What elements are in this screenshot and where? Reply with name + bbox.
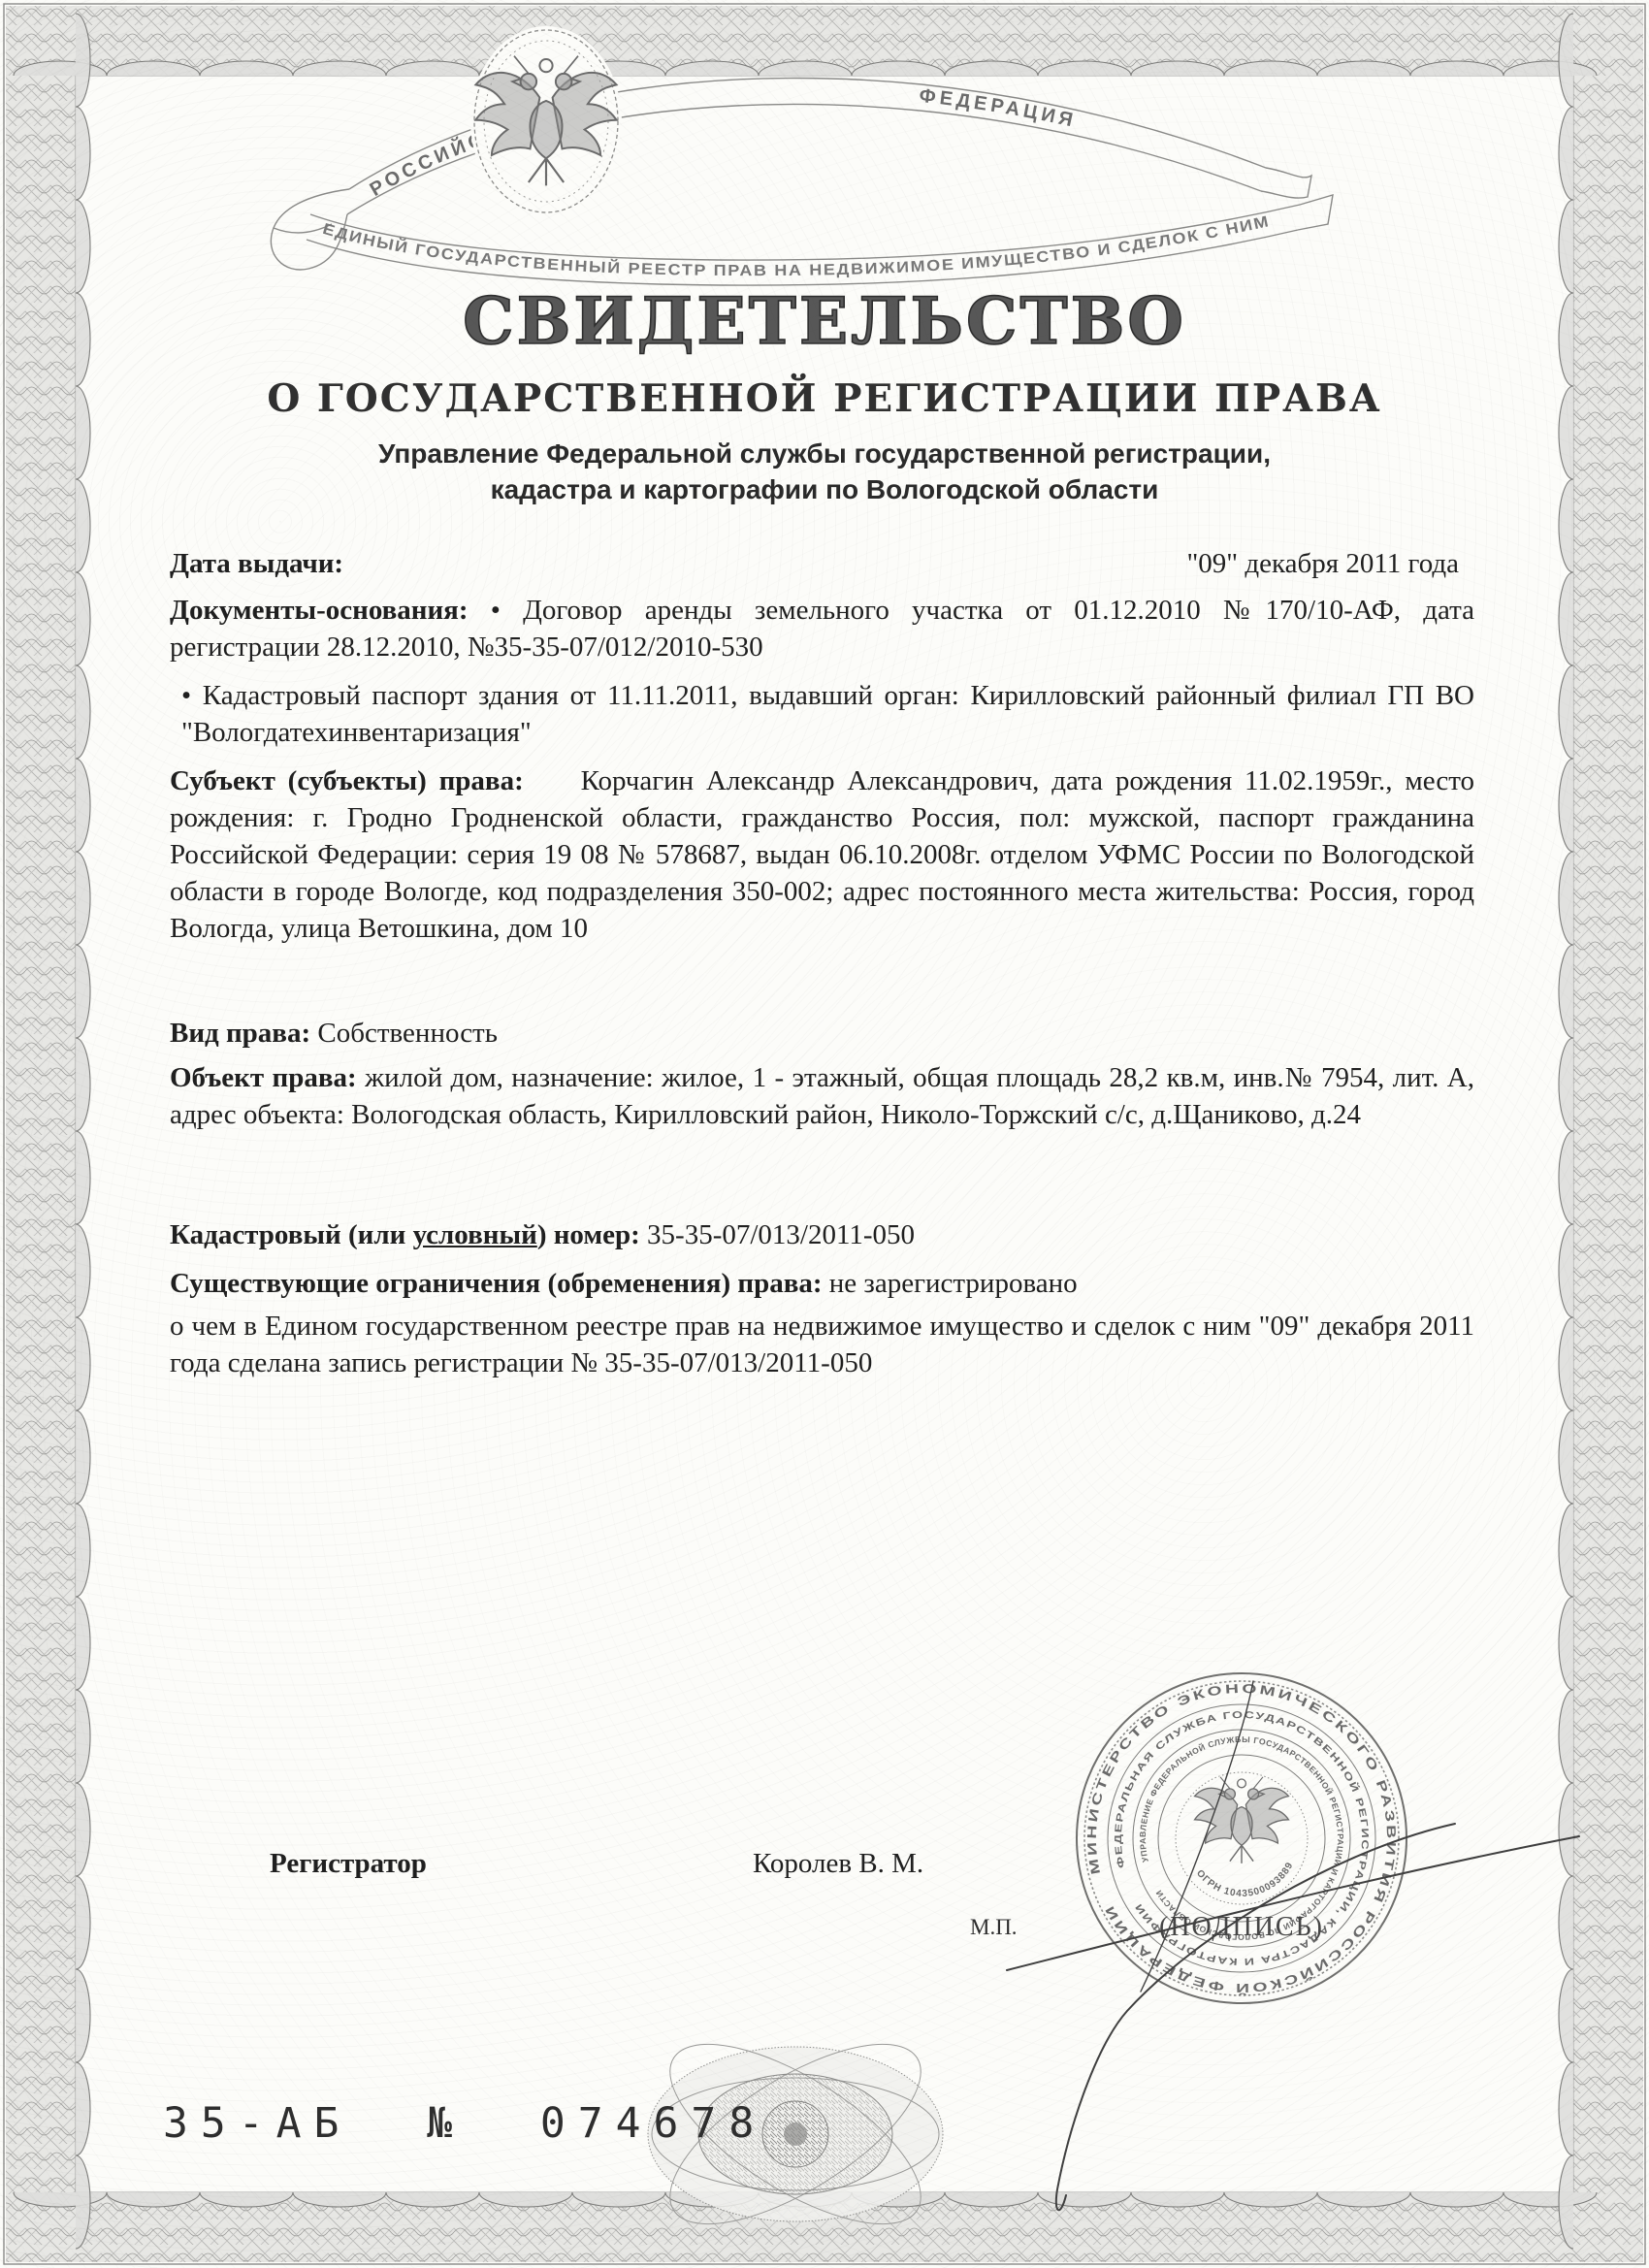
basis-paragraph-2: • Кадастровый паспорт здания от 11.11.20… [170, 677, 1474, 751]
object-paragraph: Объект права: жилой дом, назначение: жил… [170, 1059, 1474, 1133]
cadastral-value: 35-35-07/013/2011-050 [647, 1219, 915, 1250]
cadastral-label-pre: Кадастровый (или [170, 1219, 413, 1250]
signature-label: (ПОДПИСЬ) [1159, 1912, 1324, 1942]
cadastral-label-post: ) номер: [537, 1219, 640, 1250]
right-kind-row: Вид права: Собственность [170, 1015, 1474, 1052]
object-label: Объект права: [170, 1062, 357, 1093]
header-banner: РОССИЙСКАЯ ФЕДЕРАЦИЯ ЕДИНЫЙ ГОСУДАРСТВЕН… [213, 24, 1377, 306]
subject-paragraph: Субъект (субъекты) права: Корчагин Алекс… [170, 762, 1474, 947]
authority-line2: кадастра и картографии по Вологодской об… [0, 474, 1649, 505]
official-round-seal: МИНИСТЕРСТВО ЭКОНОМИЧЕСКОГО РАЗВИТИЯ РОС… [951, 1586, 1591, 2255]
right-kind-label: Вид права: [170, 1018, 310, 1049]
authority-line1: Управление Федеральной службы государств… [0, 438, 1649, 470]
banner-arc-right-text: ФЕДЕРАЦИЯ [918, 85, 1078, 132]
certificate-page: РОССИЙСКАЯ ФЕДЕРАЦИЯ ЕДИНЫЙ ГОСУДАРСТВЕН… [0, 0, 1649, 2268]
document-title: СВИДЕТЕЛЬСТВО [0, 283, 1649, 359]
basis-label: Документы-основания: [170, 595, 469, 626]
certificate-serial-number: 35-АБ № 074678 [163, 2099, 766, 2148]
object-value: жилой дом, назначение: жилое, 1 - этажны… [170, 1062, 1474, 1130]
restrictions-value: не зарегистрировано [829, 1268, 1078, 1299]
registration-note: о чем в Едином государственном реестре п… [170, 1308, 1474, 1381]
restrictions-label: Существующие ограничения (обременения) п… [170, 1268, 823, 1299]
document-subtitle: О ГОСУДАРСТВЕННОЙ РЕГИСТРАЦИИ ПРАВА [0, 376, 1649, 421]
registrar-name: Королев В. М. [753, 1845, 923, 1882]
issue-date-value: "09" декабря 2011 года [1186, 545, 1459, 582]
basis-item-2: • Кадастровый паспорт здания от 11.11.20… [181, 680, 1474, 748]
cadastral-row: Кадастровый (или условный) номер: 35-35-… [170, 1216, 1474, 1253]
registrar-label: Регистратор [270, 1845, 427, 1882]
issue-date-row: Дата выдачи: "09" декабря 2011 года [170, 545, 1474, 582]
basis-paragraph-1: Документы-основания: • Договор аренды зе… [170, 592, 1474, 665]
seal-eagle-icon [1195, 1777, 1289, 1863]
subject-label: Субъект (субъекты) права: [170, 765, 524, 796]
cadastral-label-underlined: условный [413, 1219, 537, 1250]
right-kind-value: Собственность [317, 1018, 498, 1049]
issue-date-label: Дата выдачи: [170, 545, 343, 582]
restrictions-row: Существующие ограничения (обременения) п… [170, 1265, 1474, 1302]
coat-of-arms-emblem [470, 26, 622, 216]
